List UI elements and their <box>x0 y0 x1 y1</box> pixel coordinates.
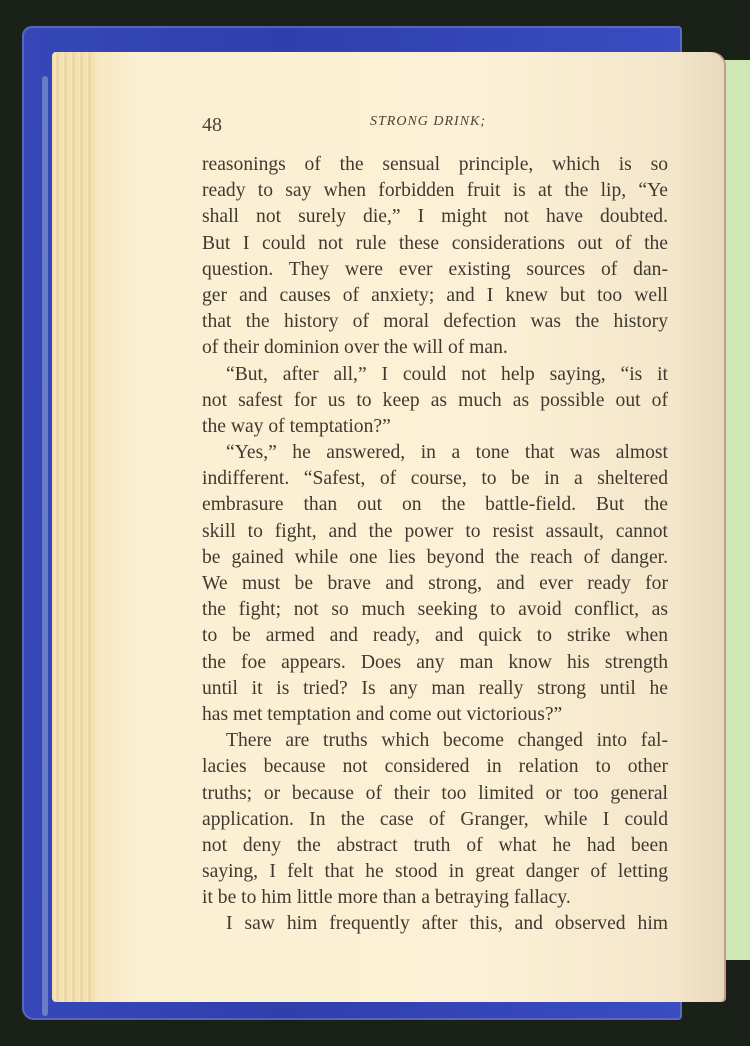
text-line: skill to fight, and the power to resist … <box>202 519 668 545</box>
text-line: be gained while one lies beyond the reac… <box>202 545 668 571</box>
text-line: reasonings of the sensual principle, whi… <box>202 152 668 178</box>
text-line: has met temptation and come out victorio… <box>202 702 668 728</box>
text-line: ger and causes of anxiety; and I knew bu… <box>202 283 668 309</box>
text-line: There are truths which become changed in… <box>202 728 668 754</box>
text-line: until it is tried? Is any man really str… <box>202 676 668 702</box>
text-line: “But, after all,” I could not help sayin… <box>202 362 668 388</box>
text-line: I saw him frequently after this, and obs… <box>202 911 668 937</box>
text-line: “Yes,” he answered, in a tone that was a… <box>202 440 668 466</box>
text-line: indifferent. “Safest, of course, to be i… <box>202 466 668 492</box>
running-head: 48 STRONG DRINK; <box>202 108 668 144</box>
page-edges <box>52 52 102 1002</box>
text-line: the foe appears. Does any man know his s… <box>202 650 668 676</box>
text-line: saying, I felt that he stood in great da… <box>202 859 668 885</box>
text-line: ready to say when forbidden fruit is at … <box>202 178 668 204</box>
page-content: 48 STRONG DRINK; reasonings of the sensu… <box>202 108 668 938</box>
text-line: not safest for us to keep as much as pos… <box>202 388 668 414</box>
text-line: to be armed and ready, and quick to stri… <box>202 623 668 649</box>
text-line: truths; or because of their too limited … <box>202 781 668 807</box>
page-number: 48 <box>202 114 222 137</box>
text-line: shall not surely die,” I might not have … <box>202 204 668 230</box>
text-line: that the history of moral defection was … <box>202 309 668 335</box>
text-line: application. In the case of Granger, whi… <box>202 807 668 833</box>
text-line: lacies because not considered in relatio… <box>202 754 668 780</box>
text-line: question. They were ever existing source… <box>202 257 668 283</box>
text-line: But I could not rule these consideration… <box>202 231 668 257</box>
cover-edge-wear <box>42 76 48 1016</box>
body-text: reasonings of the sensual principle, whi… <box>202 152 668 938</box>
text-line: not deny the abstract truth of what he h… <box>202 833 668 859</box>
text-line: We must be brave and strong, and ever re… <box>202 571 668 597</box>
text-line: embrasure than out on the battle-field. … <box>202 492 668 518</box>
text-line: the way of temptation?” <box>202 414 668 440</box>
text-line: it be to him little more than a betrayin… <box>202 885 668 911</box>
text-line: of their dominion over the will of man. <box>202 335 668 361</box>
text-line: the fight; not so much seeking to avoid … <box>202 597 668 623</box>
running-head-title: STRONG DRINK; <box>370 114 486 130</box>
